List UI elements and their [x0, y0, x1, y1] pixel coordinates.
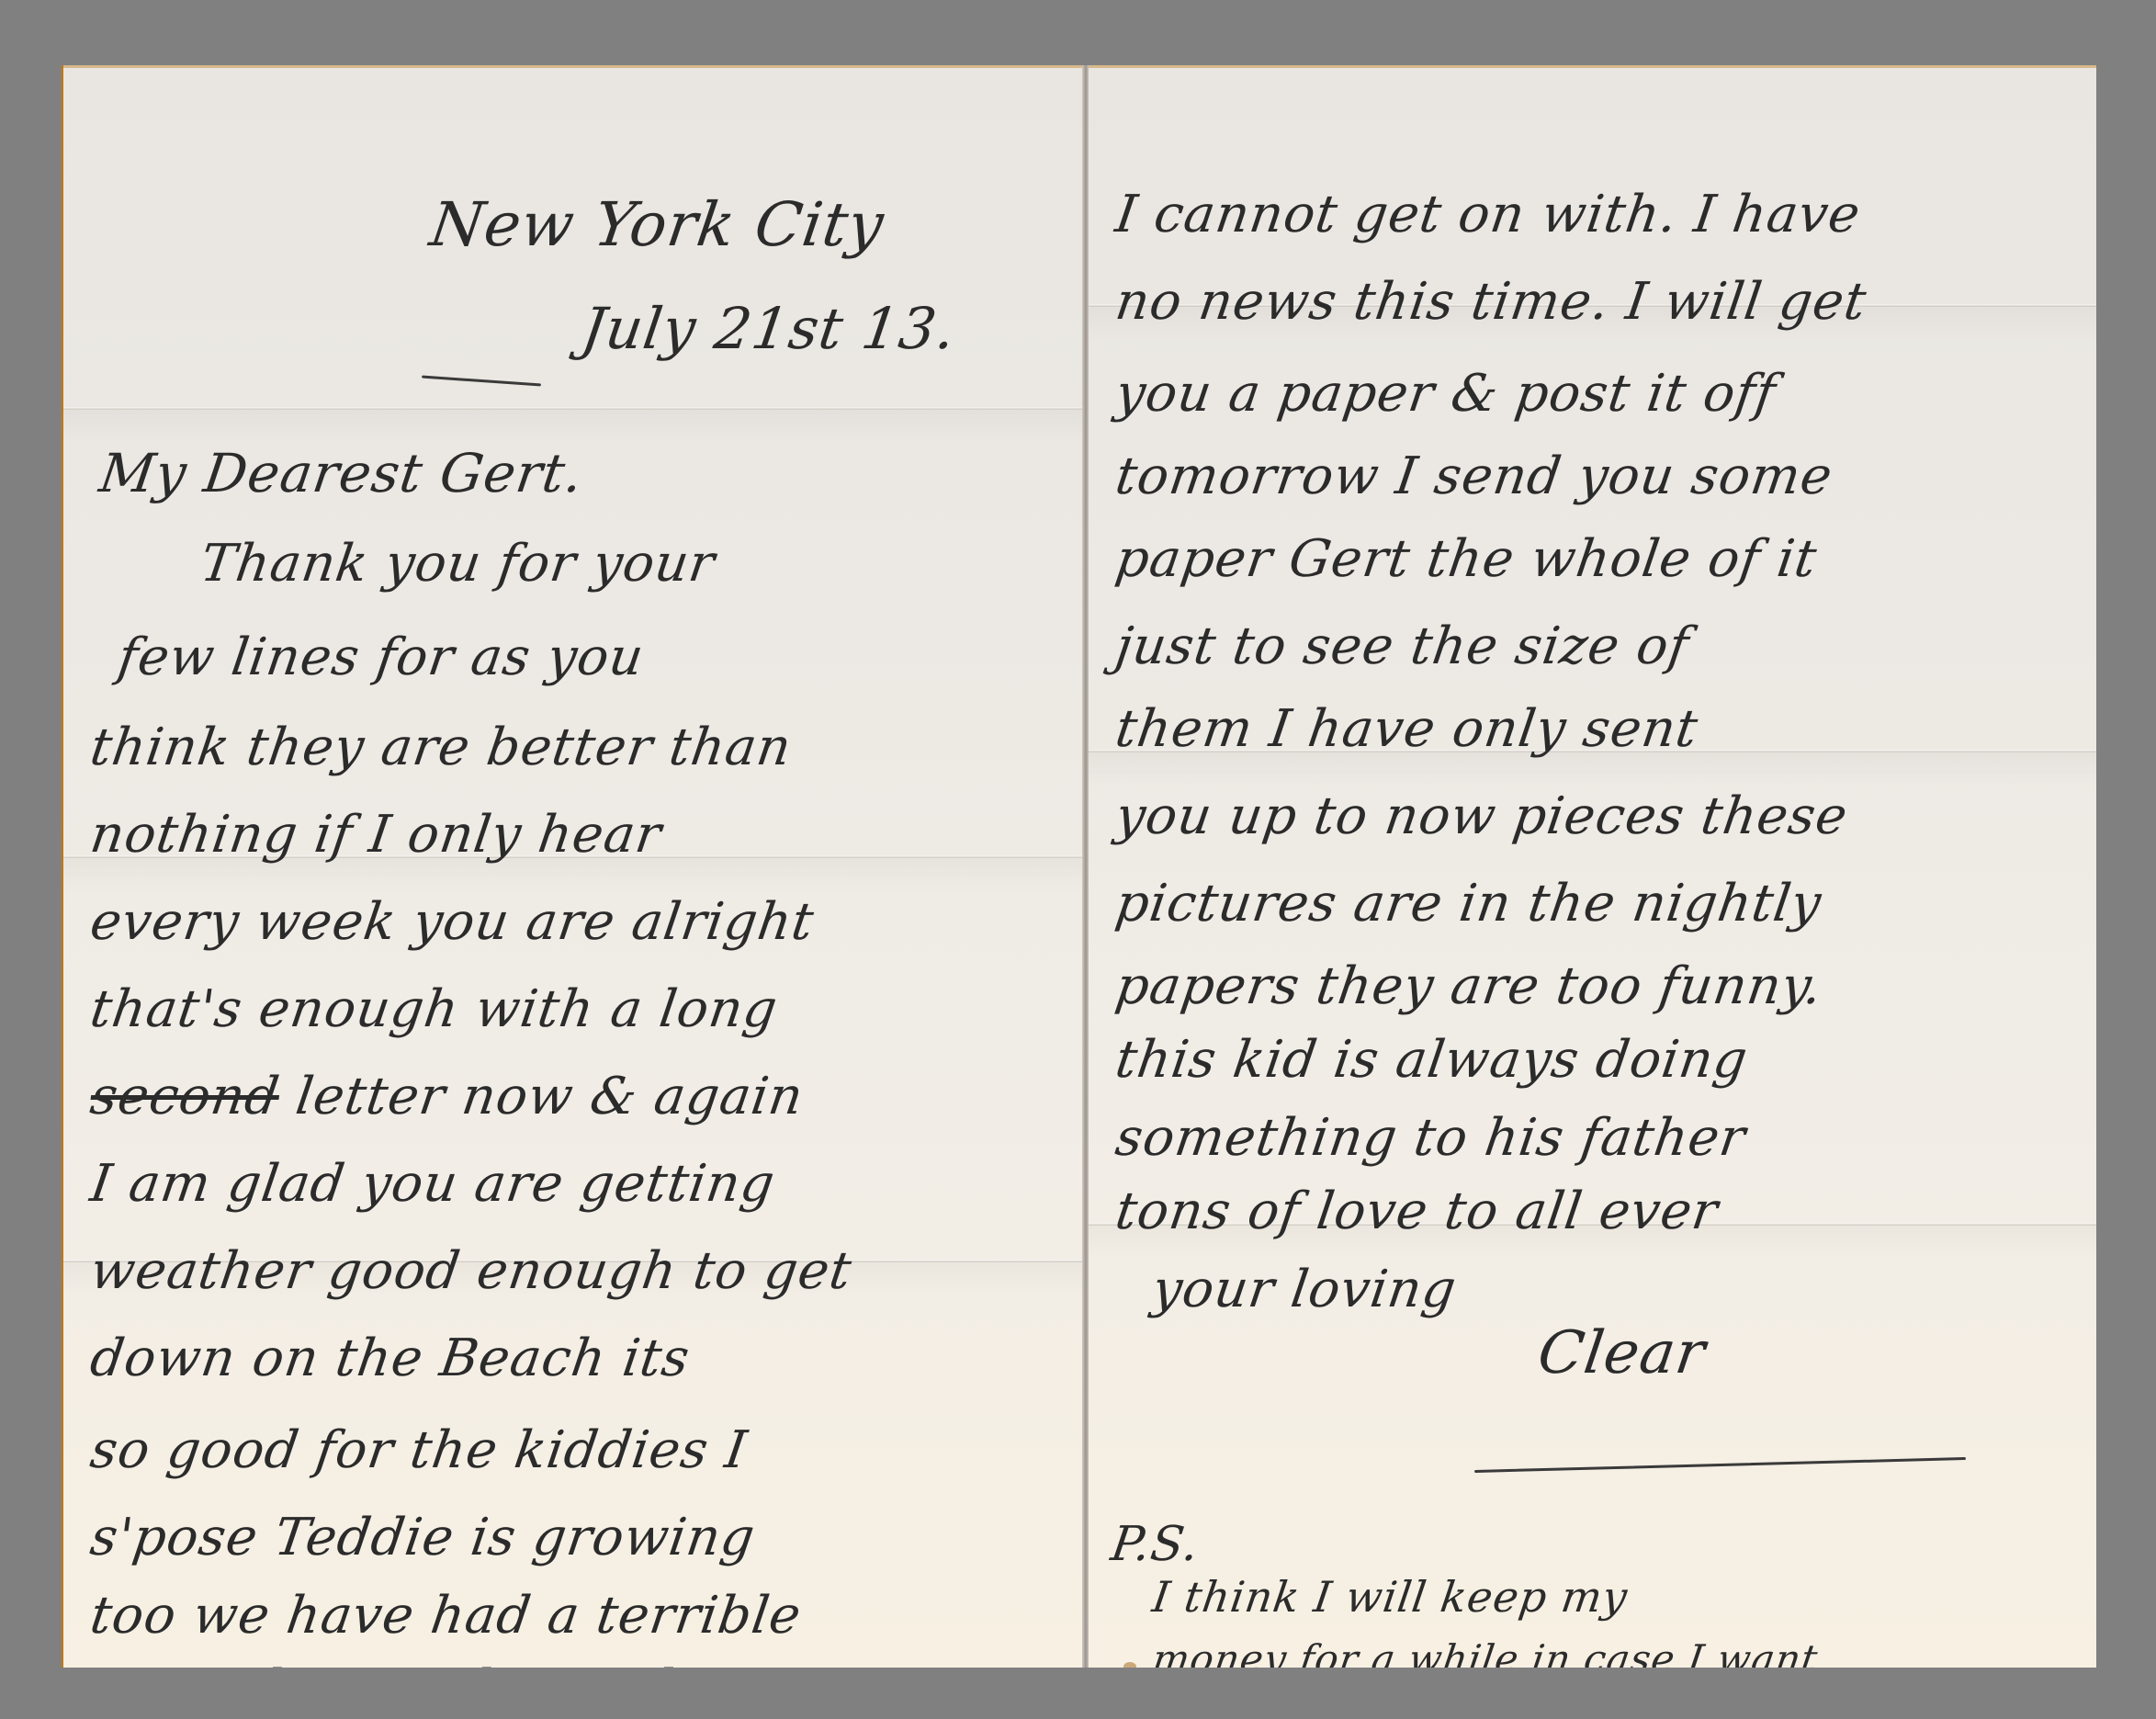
- postscript-line: I think I will keep my: [1149, 1572, 1631, 1622]
- letter-line: few lines for as you: [114, 628, 648, 687]
- signature: Clear: [1534, 1319, 1710, 1387]
- postscript-label: P.S.: [1108, 1517, 1203, 1572]
- letter-line: just to see the size of: [1112, 616, 1692, 676]
- postscript-line: money for a while in case I want: [1150, 1636, 1822, 1668]
- letter-line-with-struck-word: second letter now & again: [86, 1067, 807, 1126]
- letter-place: New York City: [426, 189, 889, 260]
- letter-line: pictures are in the nightly: [1112, 874, 1825, 933]
- date-underline: [422, 375, 541, 386]
- letter-line: storm here today & the: [86, 1659, 725, 1668]
- salutation: My Dearest Gert.: [96, 442, 587, 504]
- letter-line: down on the Beach its: [86, 1329, 694, 1388]
- letter-line: every week you are alright: [86, 892, 818, 952]
- signature-divider: [1474, 1457, 1966, 1473]
- letter-line: them I have only sent: [1112, 699, 1701, 759]
- letter-line: something to his father: [1112, 1108, 1749, 1168]
- letter-line: this kid is always doing: [1112, 1030, 1751, 1090]
- letter-line: weather good enough to get: [86, 1241, 855, 1301]
- struck-word: second: [86, 1067, 283, 1126]
- letter-line: so good for the kiddies I: [86, 1420, 751, 1480]
- closing: your loving: [1148, 1260, 1460, 1319]
- letter-line: that's enough with a long: [86, 979, 781, 1039]
- letter-line-text: letter now & again: [292, 1067, 807, 1126]
- letter-line: I cannot get on with. I have: [1112, 185, 1864, 244]
- letter-line: s'pose Teddie is growing: [86, 1508, 759, 1567]
- letter-line: think they are better than: [86, 718, 795, 777]
- paper-stain: [1123, 1662, 1136, 1668]
- letter-date: July 21st 13.: [578, 295, 961, 362]
- letter-line: no news this time. I will get: [1112, 272, 1870, 332]
- letter-line: I am glad you are getting: [86, 1154, 778, 1214]
- letter-line: you a paper & post it off: [1112, 364, 1779, 424]
- letter-line: tons of love to all ever: [1112, 1182, 1721, 1241]
- fold-shadow: [63, 407, 1085, 444]
- letter-page-left: New York City July 21st 13. My Dearest G…: [61, 65, 1085, 1668]
- letter-page-right: I cannot get on with. I have no news thi…: [1089, 65, 2096, 1668]
- letter-line: paper Gert the whole of it: [1112, 529, 1821, 589]
- letter-line: nothing if I only hear: [86, 805, 665, 865]
- letter-line: Thank you for your: [197, 534, 718, 594]
- letter-line: papers they are too funny.: [1112, 956, 1826, 1016]
- letter-line: tomorrow I send you some: [1112, 447, 1836, 506]
- letter-line: too we have had a terrible: [86, 1586, 805, 1645]
- letter-line: you up to now pieces these: [1112, 786, 1851, 846]
- fold-line: [63, 407, 1085, 410]
